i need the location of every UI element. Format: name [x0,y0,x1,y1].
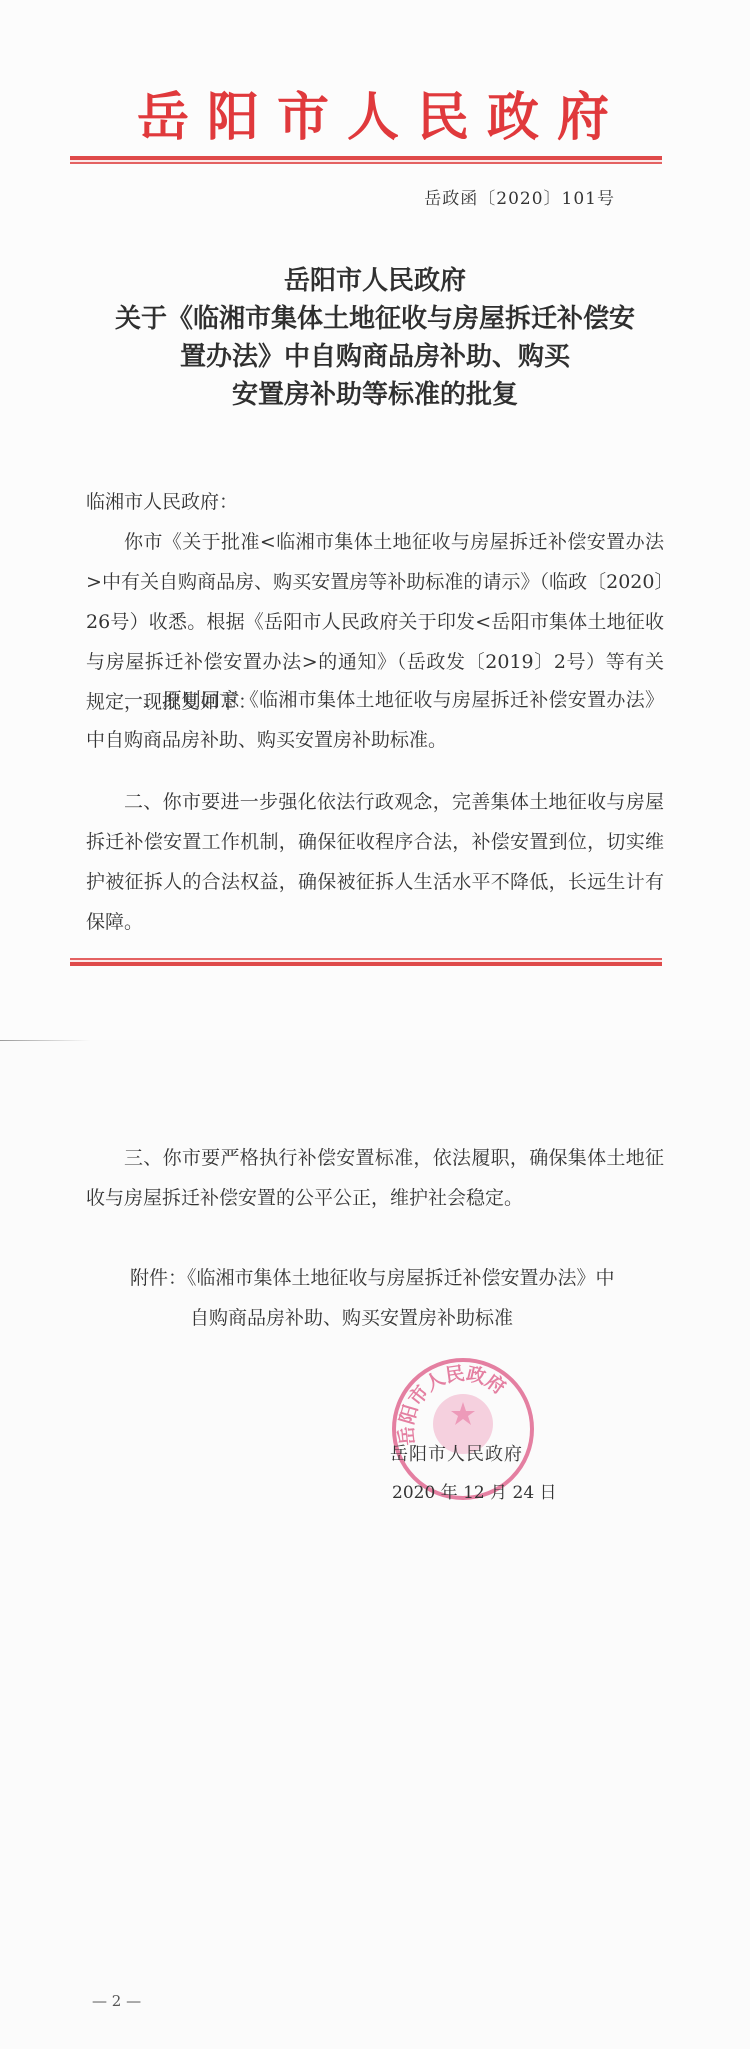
title-line: 关于《临湘市集体土地征收与房屋拆迁补偿安 [0,300,750,338]
page-number: — 2 — [92,1992,141,2010]
signatory: 岳阳市人民政府 [390,1440,523,1466]
page-divider [0,1040,90,1041]
paragraph-item-2: 二、你市要进一步强化依法行政观念，完善集体土地征收与房屋拆迁补偿安置工作机制，确… [86,782,664,942]
paragraph-item-3: 三、你市要严格执行补偿安置标准，依法履职，确保集体土地征收与房屋拆迁补偿安置的公… [86,1138,664,1218]
attachment-note: 附件：《临湘市集体土地征收与房屋拆迁补偿安置办法》中 自购商品房补助、购买安置房… [130,1258,670,1338]
footer-red-rule [70,958,662,966]
title-line: 置办法》中自购商品房补助、购买 [0,338,750,376]
document-number: 岳政函〔2020〕101号 [424,184,615,209]
header-red-rule [70,156,662,164]
document-title: 岳阳市人民政府 关于《临湘市集体土地征收与房屋拆迁补偿安 置办法》中自购商品房补… [0,262,750,414]
salutation: 临湘市人民政府： [86,482,664,522]
masthead-title: 岳阳市人民政府 [0,88,750,148]
document-page-1: 岳阳市人民政府 岳政函〔2020〕101号 岳阳市人民政府 关于《临湘市集体土地… [0,0,750,1040]
title-line: 安置房补助等标准的批复 [0,376,750,414]
attachment-line-1: 附件：《临湘市集体土地征收与房屋拆迁补偿安置办法》中 [130,1258,670,1298]
title-line: 岳阳市人民政府 [0,262,750,300]
attachment-line-2: 自购商品房补助、购买安置房补助标准 [130,1298,670,1338]
paragraph-item-1: 一、原则同意《临湘市集体土地征收与房屋拆迁补偿安置办法》中自购商品房补助、购买安… [86,680,664,760]
signature-date: 2020 年 12 月 24 日 [392,1478,557,1503]
